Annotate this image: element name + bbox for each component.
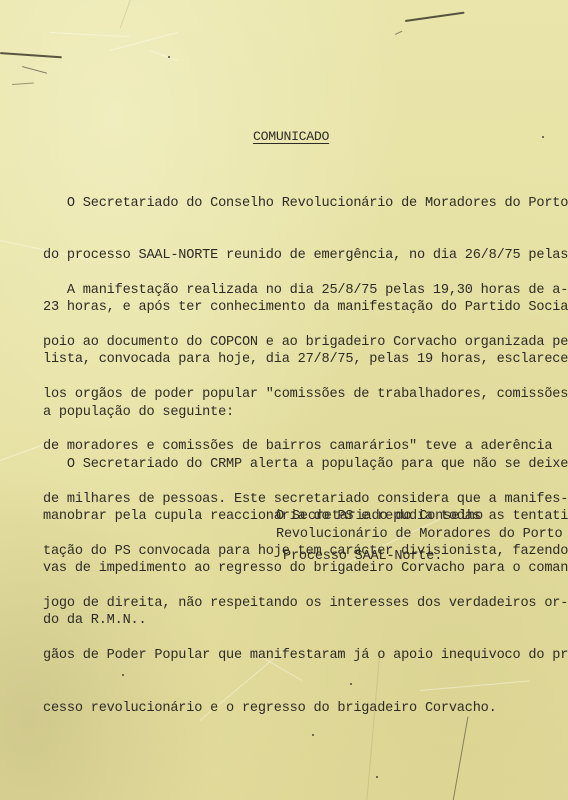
signature-line-1: O Secretariado do Conselho	[276, 508, 483, 525]
pen-stroke	[0, 52, 62, 58]
paper-crease	[150, 50, 179, 61]
paper-crease	[120, 0, 141, 29]
text-line: O Secretariado do CRMP alerta a populaçã…	[43, 456, 568, 473]
pen-stroke	[395, 31, 403, 35]
signature-line-2: Revolucionário de Moradores do Porto	[276, 526, 562, 543]
text-line: cesso revolucionário e o regresso do bri…	[43, 700, 568, 717]
pen-stroke	[22, 66, 47, 74]
text-line: poio ao documento do COPCON e ao brigade…	[43, 334, 568, 351]
text-line: A manifestação realizada no dia 25/8/75 …	[43, 282, 568, 299]
pen-stroke	[405, 12, 465, 22]
text-line: do da R.M.N..	[43, 612, 568, 629]
paper-crease	[50, 32, 130, 37]
ink-speck	[168, 56, 170, 58]
ink-speck	[376, 776, 378, 778]
text-line: los orgãos de poder popular "comissões d…	[43, 386, 568, 403]
ink-speck	[542, 136, 544, 138]
text-line: O Secretariado do Conselho Revolucionári…	[43, 195, 568, 212]
signature-line-3: Processo SAAL-Norte.	[283, 548, 442, 565]
pen-stroke	[12, 82, 34, 85]
document-page: COMUNICADO O Secretariado do Conselho Re…	[0, 0, 568, 800]
document-title: COMUNICADO	[253, 129, 329, 144]
